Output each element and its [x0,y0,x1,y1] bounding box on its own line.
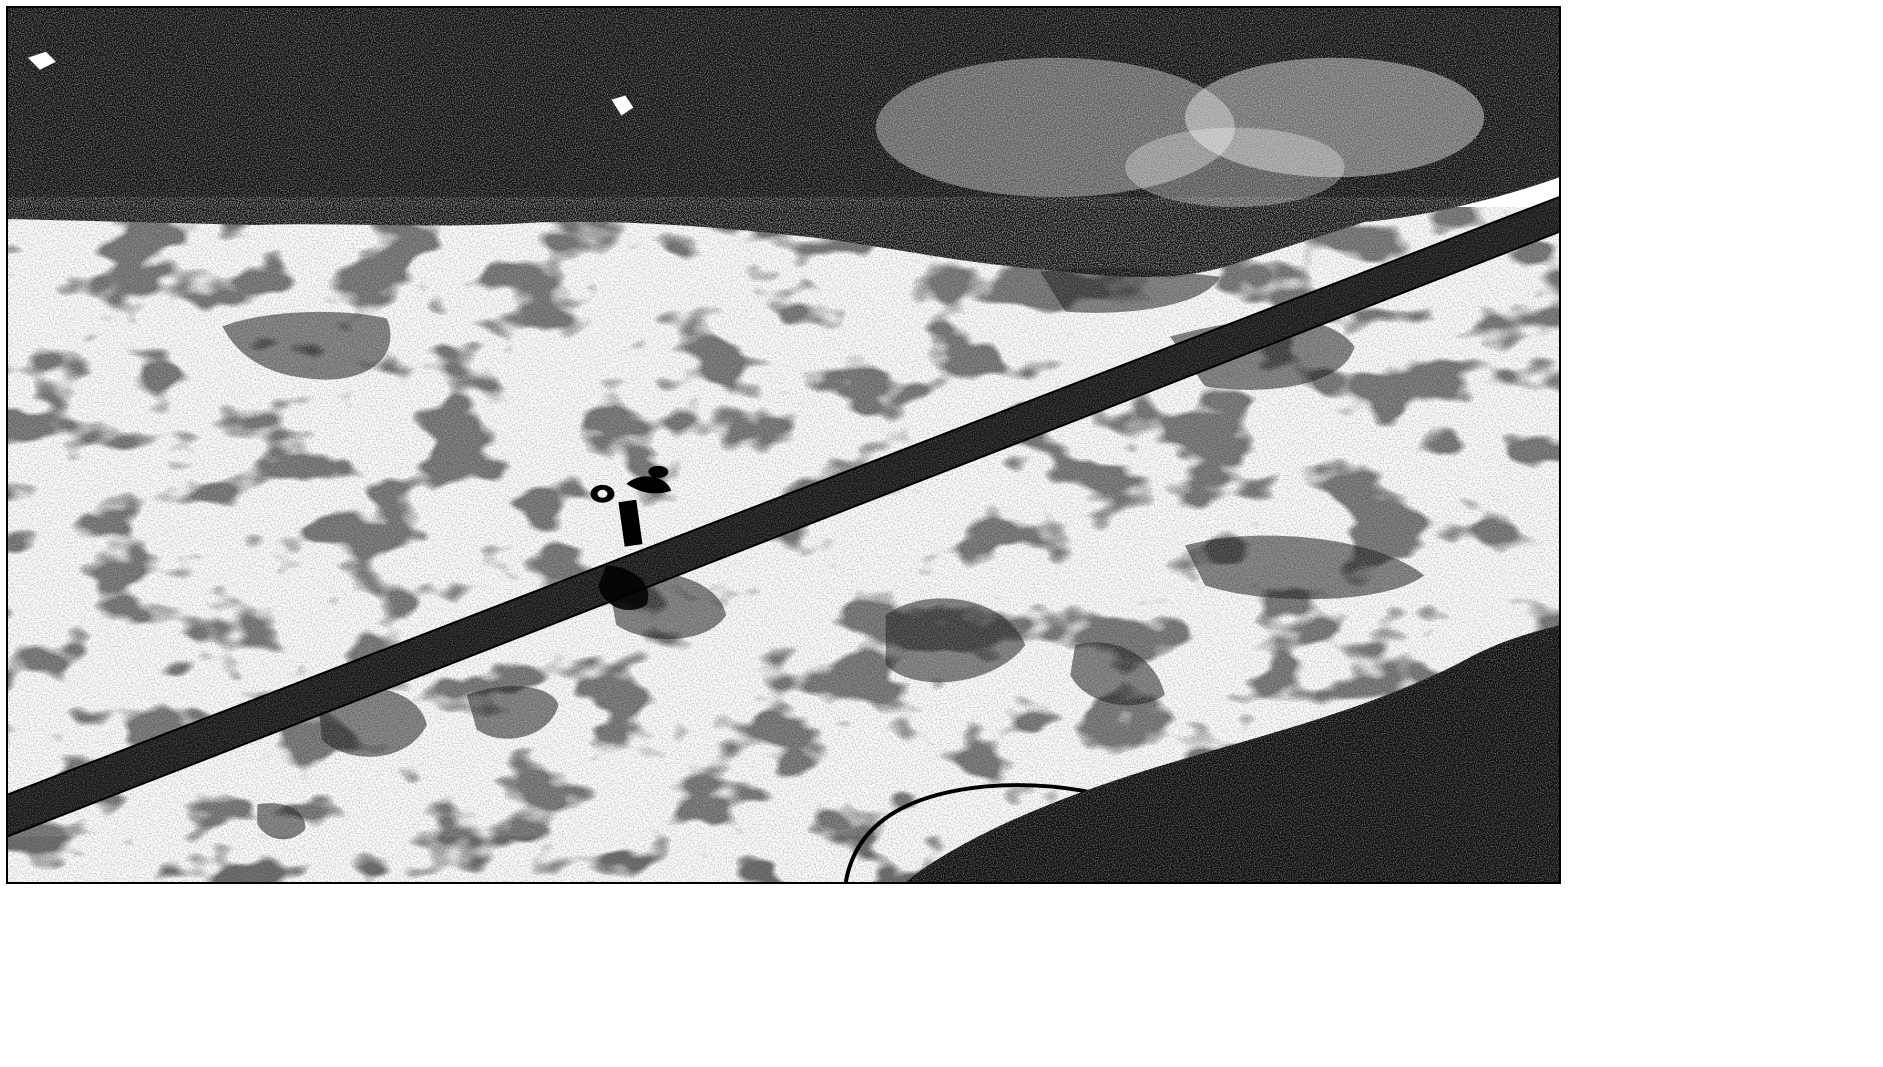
film-grain [8,207,1559,882]
photo-canvas [8,8,1559,882]
photograph [6,6,1561,884]
